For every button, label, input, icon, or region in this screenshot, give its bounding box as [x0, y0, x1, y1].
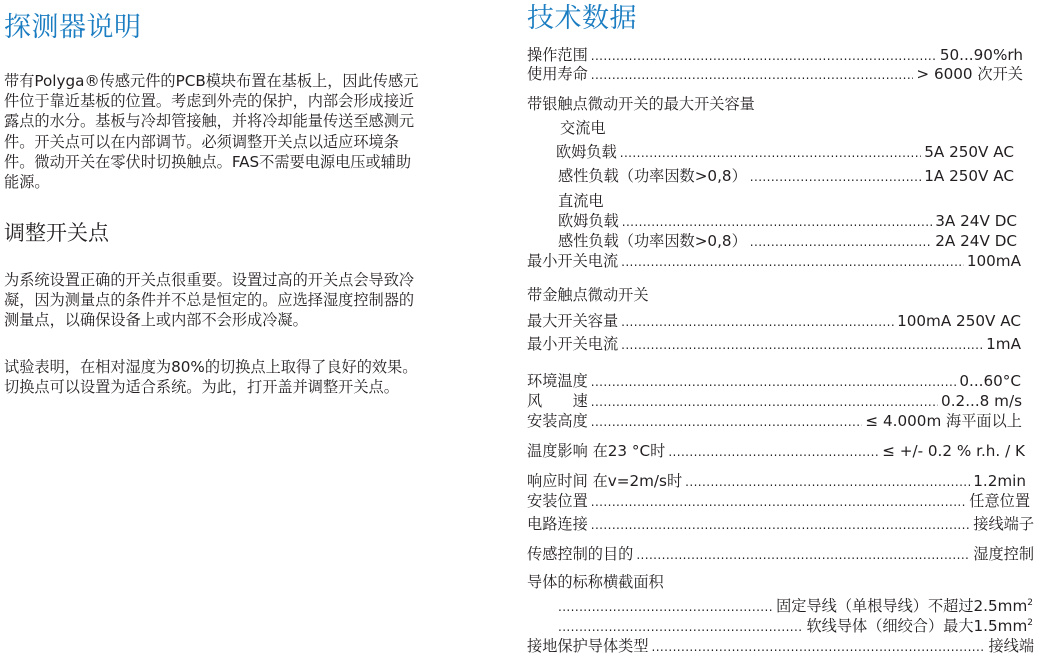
spec-gold-min-current: 最小开关电流 1mA [527, 334, 1021, 354]
spec-ambient-temp: 环境温度 0...60°C [527, 371, 1021, 391]
leader-dots [591, 65, 914, 85]
text-line: 件位于靠近基板的位置。考虑到外壳的保护，内部会形成接近 [4, 91, 494, 111]
dc-heading: 直流电 [558, 191, 604, 211]
spec-silver-min-current: 最小开关电流 100mA [527, 251, 1021, 271]
spec-circuit-connection: 电路连接 接线端子 [527, 514, 1034, 534]
conductor-heading: 导体的标称横截面积 [527, 572, 664, 592]
spec-value: > 6000 次开关 [916, 64, 1023, 84]
spec-label: 传感控制的目的 [527, 544, 633, 564]
spec-value: 3A 24V DC [935, 211, 1017, 231]
spec-value: 固定导线（单根导线）不超过2.5mm2 [776, 596, 1033, 616]
spec-flexible-wire: 软线导体（细绞合）最大1.5mm2 [558, 616, 1033, 636]
leader-dots [558, 597, 773, 617]
spec-sensing-purpose: 传感控制的目的 湿度控制 [527, 544, 1034, 564]
leader-dots [685, 472, 970, 492]
spec-label: 感性负载（功率因数>0,8） [558, 166, 747, 186]
leader-dots [591, 392, 938, 412]
spec-label: 安装高度 [527, 411, 588, 431]
spec-value: 50...90%rh [940, 45, 1023, 65]
spec-ac-ohmic: 欧姆负载 5A 250V AC [556, 142, 1014, 162]
spec-label: 最大开关容量 [527, 311, 618, 331]
spec-label: 接地保护导体类型 [527, 636, 649, 656]
spec-temp-influence: 温度影响 在23 °C时 ≤ +/- 0.2 % r.h. / K [527, 441, 1025, 461]
leader-dots [591, 412, 863, 432]
spec-fixed-wire: 固定导线（单根导线）不超过2.5mm2 [558, 596, 1033, 616]
leader-dots [668, 442, 879, 462]
leader-dots [652, 637, 986, 657]
leader-dots [621, 252, 964, 272]
spec-label: 欧姆负载 [556, 142, 617, 162]
spec-wind-speed: 风 速 0.2...8 m/s [527, 391, 1022, 411]
spec-response-time: 响应时间 在v=2m/s时 1.2min [527, 471, 1026, 491]
text-line: 测量点，以确保设备上或内部不会形成冷凝。 [4, 310, 494, 330]
silver-contact-heading: 带银触点微动开关的最大开关容量 [527, 94, 755, 114]
leader-dots [750, 167, 921, 187]
gold-contact-heading: 带金触点微动开关 [527, 285, 649, 305]
test-result-paragraph: 试验表明，在相对湿度为80%的切换点上取得了良好的效果。 切换点可以设置为适合系… [4, 357, 494, 397]
spec-install-height: 安装高度 ≤ 4.000m 海平面以上 [527, 411, 1022, 431]
switch-point-paragraph: 为系统设置正确的开关点很重要。设置过高的开关点会导致冷 凝，因为测量点的条件并不… [4, 270, 494, 331]
text-line: 为系统设置正确的开关点很重要。设置过高的开关点会导致冷 [4, 270, 494, 290]
spec-install-position: 安装位置 任意位置 [527, 491, 1030, 511]
text-line: 件。开关点可以在内部调节。必须调整开关点以适应环境条 [4, 132, 494, 152]
leader-dots [591, 46, 937, 66]
text-line: 带有Polyga®传感元件的PCB模块布置在基板上，因此传感元 [4, 71, 494, 91]
spec-label: 风 速 [527, 391, 588, 411]
spec-value: 0...60°C [959, 371, 1021, 391]
spec-value: 接线端 [988, 636, 1034, 656]
section-title-tech-data: 技术数据 [527, 3, 637, 35]
spec-gold-max-capacity: 最大开关容量 100mA 250V AC [527, 311, 1021, 331]
leader-dots [558, 617, 803, 637]
leader-dots [621, 312, 894, 332]
section-title-switch-point: 调整开关点 [4, 220, 109, 246]
section-title-detector: 探测器说明 [4, 12, 142, 44]
spec-label: 最小开关电流 [527, 334, 618, 354]
ac-heading: 交流电 [560, 118, 606, 138]
leader-dots [622, 212, 933, 232]
spec-label: 响应时间 在v=2m/s时 [527, 471, 682, 491]
spec-value: 2A 24V DC [935, 231, 1017, 251]
spec-value: 1mA [986, 334, 1021, 354]
spec-value: ≤ 4.000m 海平面以上 [865, 411, 1022, 431]
leader-dots [620, 143, 921, 163]
spec-label: 温度影响 在23 °C时 [527, 441, 665, 461]
text-line: 露点的水分。基板与冷却管接触，并将冷却能量传送至感测元 [4, 111, 494, 131]
detector-description: 带有Polyga®传感元件的PCB模块布置在基板上，因此传感元 件位于靠近基板的… [4, 71, 494, 192]
spec-value: 1.2min [973, 471, 1026, 491]
spec-label: 电路连接 [527, 514, 588, 534]
spec-label: 使用寿命 [527, 64, 588, 84]
spec-operating-range: 操作范围 50...90%rh [527, 45, 1023, 65]
spec-label: 操作范围 [527, 45, 588, 65]
spec-value: 5A 250V AC [924, 142, 1014, 162]
spec-earth-conductor: 接地保护导体类型 接线端 [527, 636, 1034, 656]
spec-value: 湿度控制 [973, 544, 1034, 564]
spec-value: 软线导体（细绞合）最大1.5mm2 [806, 616, 1033, 636]
spec-value: 接线端子 [973, 514, 1034, 534]
spec-value: 1A 250V AC [924, 166, 1014, 186]
spec-value: 0.2...8 m/s [941, 391, 1022, 411]
spec-label: 环境温度 [527, 371, 588, 391]
spec-label: 安装位置 [527, 491, 588, 511]
spec-value: 100mA 250V AC [897, 311, 1021, 331]
leader-dots [636, 545, 970, 565]
spec-value: 任意位置 [969, 491, 1030, 511]
spec-label: 欧姆负载 [558, 211, 619, 231]
text-line: 试验表明，在相对湿度为80%的切换点上取得了良好的效果。 [4, 357, 494, 377]
spec-service-life: 使用寿命 > 6000 次开关 [527, 64, 1023, 84]
spec-value: ≤ +/- 0.2 % r.h. / K [882, 441, 1025, 461]
spec-dc-ohmic: 欧姆负载 3A 24V DC [558, 211, 1017, 231]
spec-label: 感性负载（功率因数>0,8） [558, 231, 747, 251]
leader-dots [750, 232, 933, 252]
text-line: 凝，因为测量点的条件并不总是恒定的。应选择湿度控制器的 [4, 290, 494, 310]
text-line: 件。微动开关在零伏时切换触点。FAS不需要电源电压或辅助 [4, 152, 494, 172]
spec-value: 100mA [967, 251, 1021, 271]
text-line: 能源。 [4, 172, 494, 192]
spec-ac-inductive: 感性负载（功率因数>0,8） 1A 250V AC [558, 166, 1014, 186]
spec-label: 最小开关电流 [527, 251, 618, 271]
leader-dots [591, 372, 957, 392]
spec-dc-inductive: 感性负载（功率因数>0,8） 2A 24V DC [558, 231, 1017, 251]
leader-dots [591, 515, 971, 535]
text-line: 切换点可以设置为适合系统。为此，打开盖并调整开关点。 [4, 377, 494, 397]
leader-dots [591, 492, 967, 512]
leader-dots [621, 335, 983, 355]
